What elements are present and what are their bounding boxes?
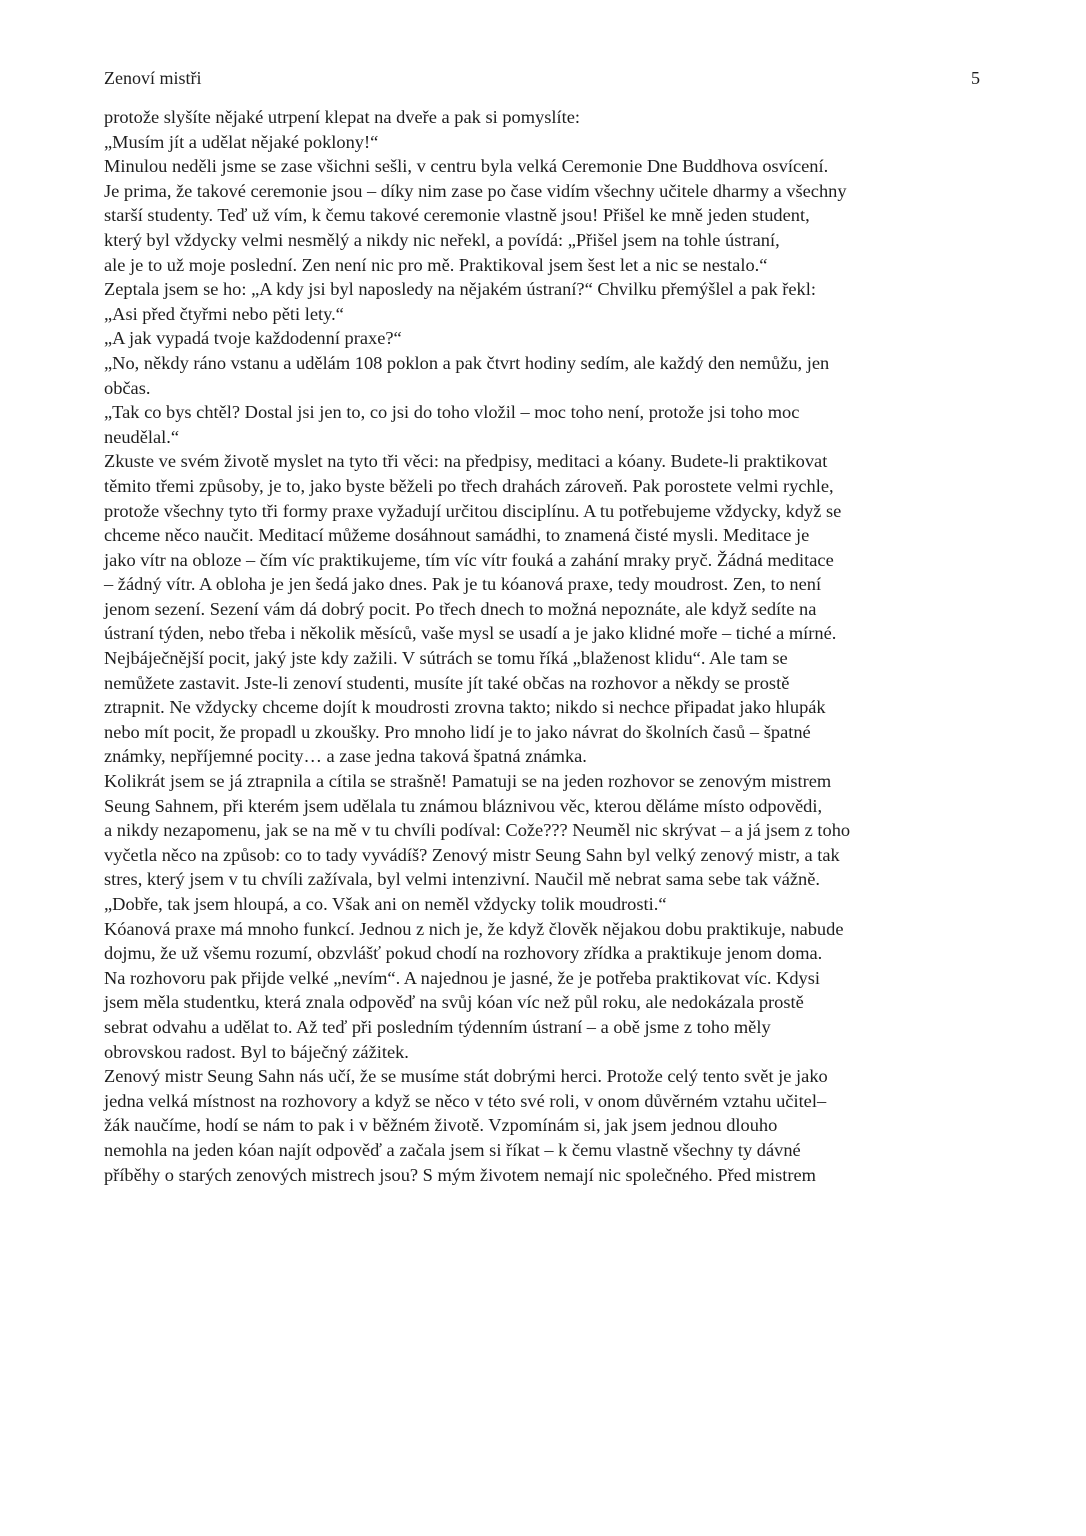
text-line: „No, někdy ráno vstanu a udělám 108 pokl…	[104, 351, 984, 376]
text-line: žák naučíme, hodí se nám to pak i v běžn…	[104, 1113, 984, 1138]
text-line: „A jak vypadá tvoje každodenní praxe?“	[104, 326, 984, 351]
text-line: známky, nepříjemné pocity… a zase jedna …	[104, 744, 984, 769]
body-text: protože slyšíte nějaké utrpení klepat na…	[104, 105, 984, 1187]
text-line: Zenový mistr Seung Sahn nás učí, že se m…	[104, 1064, 984, 1089]
text-line: protože všechny tyto tři formy praxe vyž…	[104, 499, 984, 524]
text-line: těmito třemi způsoby, je to, jako byste …	[104, 474, 984, 499]
text-line: Kolikrát jsem se já ztrapnila a cítila s…	[104, 769, 984, 794]
text-line: Je prima, že takové ceremonie jsou – dík…	[104, 179, 984, 204]
text-line: starší studenty. Teď už vím, k čemu tako…	[104, 203, 984, 228]
text-line: jedna velká místnost na rozhovory a když…	[104, 1089, 984, 1114]
document-page: Zenoví mistři 5 protože slyšíte nějaké u…	[0, 0, 1086, 1536]
text-line: jako vítr na obloze – čím víc praktikuje…	[104, 548, 984, 573]
chapter-title: Zenoví mistři	[104, 66, 202, 90]
text-line: ale je to už moje poslední. Zen není nic…	[104, 253, 984, 278]
text-line: obrovskou radost. Byl to báječný zážitek…	[104, 1040, 984, 1065]
text-line: Kóanová praxe má mnoho funkcí. Jednou z …	[104, 917, 984, 942]
text-line: nemohla na jeden kóan najít odpověď a za…	[104, 1138, 984, 1163]
text-line: nebo mít pocit, že propadl u zkoušky. Pr…	[104, 720, 984, 745]
text-line: který byl vždycky velmi nesmělý a nikdy …	[104, 228, 984, 253]
text-line: neudělal.“	[104, 425, 984, 450]
text-line: sebrat odvahu a udělat to. Až teď při po…	[104, 1015, 984, 1040]
text-line: ústraní týden, nebo třeba i několik měsí…	[104, 621, 984, 646]
text-line: chceme něco naučit. Meditací můžeme dosá…	[104, 523, 984, 548]
text-line: dojmu, že už všemu rozumí, obzvlášť poku…	[104, 941, 984, 966]
text-line: občas.	[104, 376, 984, 401]
text-line: a nikdy nezapomenu, jak se na mě v tu ch…	[104, 818, 984, 843]
text-line: „Tak co bys chtěl? Dostal jsi jen to, co…	[104, 400, 984, 425]
text-line: „Asi před čtyřmi nebo pěti lety.“	[104, 302, 984, 327]
text-line: ztrapnit. Ne vždycky chceme dojít k moud…	[104, 695, 984, 720]
text-line: Zeptala jsem se ho: „A kdy jsi byl napos…	[104, 277, 984, 302]
text-line: Na rozhovoru pak přijde velké „nevím“. A…	[104, 966, 984, 991]
text-line: Minulou neděli jsme se zase všichni sešl…	[104, 154, 984, 179]
text-line: protože slyšíte nějaké utrpení klepat na…	[104, 105, 984, 130]
text-line: jenom sezení. Sezení vám dá dobrý pocit.…	[104, 597, 984, 622]
text-line: Nejbáječnější pocit, jaký jste kdy zažil…	[104, 646, 984, 671]
text-line: Seung Sahnem, při kterém jsem udělala tu…	[104, 794, 984, 819]
text-line: jsem měla studentku, která znala odpověď…	[104, 990, 984, 1015]
text-line: nemůžete zastavit. Jste-li zenoví studen…	[104, 671, 984, 696]
text-line: „Dobře, tak jsem hloupá, a co. Však ani …	[104, 892, 984, 917]
running-header: Zenoví mistři 5	[104, 66, 980, 90]
text-line: vyčetla něco na způsob: co to tady vyvád…	[104, 843, 984, 868]
text-line: Zkuste ve svém životě myslet na tyto tři…	[104, 449, 984, 474]
page-number: 5	[971, 66, 980, 90]
text-line: stres, který jsem v tu chvíli zažívala, …	[104, 867, 984, 892]
text-line: „Musím jít a udělat nějaké poklony!“	[104, 130, 984, 155]
text-line: – žádný vítr. A obloha je jen šedá jako …	[104, 572, 984, 597]
text-line: příběhy o starých zenových mistrech jsou…	[104, 1163, 984, 1188]
